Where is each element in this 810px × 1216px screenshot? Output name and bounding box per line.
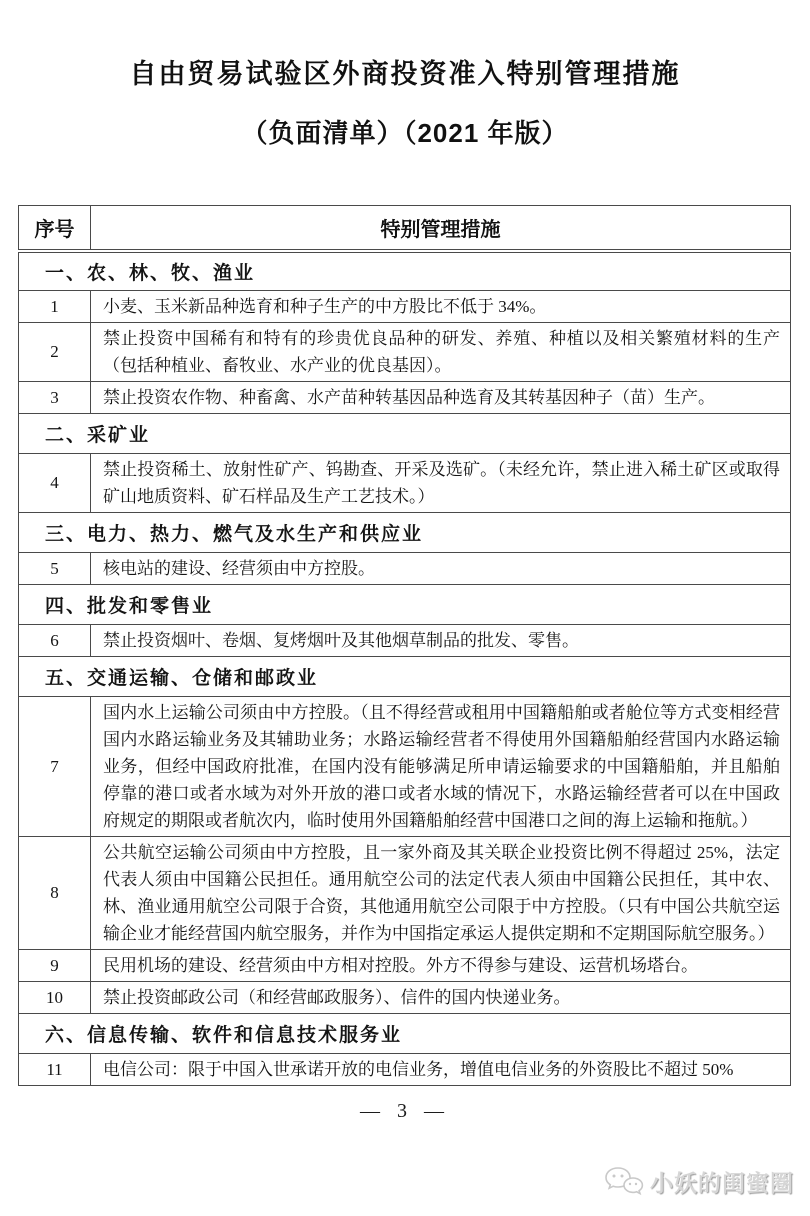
row-number-cell: 7 <box>19 697 91 837</box>
header-cell-no: 序号 <box>19 206 91 251</box>
section-title: 四、批发和零售业 <box>19 585 791 625</box>
measure-cell: 小麦、玉米新品种选育和种子生产的中方股比不低于 34%。 <box>91 291 791 323</box>
measure-cell: 禁止投资稀土、放射性矿产、钨勘查、开采及选矿。（未经允许，禁止进入稀土矿区或取得… <box>91 454 791 513</box>
table-row: 4 禁止投资稀土、放射性矿产、钨勘查、开采及选矿。（未经允许，禁止进入稀土矿区或… <box>19 454 791 513</box>
measure-cell: 公共航空运输公司须由中方控股，且一家外商及其关联企业投资比例不得超过 25%，法… <box>91 837 791 950</box>
section-row: 二、采矿业 <box>19 414 791 454</box>
row-number-cell: 4 <box>19 454 91 513</box>
section-title: 五、交通运输、仓储和邮政业 <box>19 657 791 697</box>
measure-cell: 禁止投资农作物、种畜禽、水产苗种转基因品种选育及其转基因种子（苗）生产。 <box>91 382 791 414</box>
section-title: 一、农、林、牧、渔业 <box>19 251 791 291</box>
row-number-cell: 10 <box>19 982 91 1014</box>
measure-cell: 禁止投资邮政公司（和经营邮政服务）、信件的国内快递业务。 <box>91 982 791 1014</box>
row-number-cell: 8 <box>19 837 91 950</box>
table-row: 1 小麦、玉米新品种选育和种子生产的中方股比不低于 34%。 <box>19 291 791 323</box>
watermark: 小妖的闺蜜圈 <box>604 1165 794 1198</box>
table-row: 11 电信公司：限于中国入世承诺开放的电信业务，增值电信业务的外资股比不超过 5… <box>19 1054 791 1086</box>
page-number: — 3 — <box>0 1100 810 1123</box>
wechat-bubbles-icon <box>604 1166 644 1198</box>
row-number-cell: 9 <box>19 950 91 982</box>
measure-cell: 国内水上运输公司须由中方控股。（且不得经营或租用中国籍船舶或者舱位等方式变相经营… <box>91 697 791 837</box>
section-title: 六、信息传输、软件和信息技术服务业 <box>19 1014 791 1054</box>
section-row: 六、信息传输、软件和信息技术服务业 <box>19 1014 791 1054</box>
doc-title-line2: （负面清单）（2021 年版） <box>0 91 810 150</box>
table-row: 2 禁止投资中国稀有和特有的珍贵优良品种的研发、养殖、种植以及相关繁殖材料的生产… <box>19 323 791 382</box>
section-title: 二、采矿业 <box>19 414 791 454</box>
section-title: 三、电力、热力、燃气及水生产和供应业 <box>19 513 791 553</box>
measure-cell: 电信公司：限于中国入世承诺开放的电信业务，增值电信业务的外资股比不超过 50% <box>91 1054 791 1086</box>
section-row: 五、交通运输、仓储和邮政业 <box>19 657 791 697</box>
table-row: 7 国内水上运输公司须由中方控股。（且不得经营或租用中国籍船舶或者舱位等方式变相… <box>19 697 791 837</box>
measure-cell: 民用机场的建设、经营须由中方相对控股。外方不得参与建设、运营机场塔台。 <box>91 950 791 982</box>
section-row: 四、批发和零售业 <box>19 585 791 625</box>
doc-title-line1: 自由贸易试验区外商投资准入特别管理措施 <box>0 0 810 91</box>
table-row: 10 禁止投资邮政公司（和经营邮政服务）、信件的国内快递业务。 <box>19 982 791 1014</box>
section-row: 一、农、林、牧、渔业 <box>19 251 791 291</box>
table-row: 6 禁止投资烟叶、卷烟、复烤烟叶及其他烟草制品的批发、零售。 <box>19 625 791 657</box>
table-row: 5 核电站的建设、经营须由中方控股。 <box>19 553 791 585</box>
section-row: 三、电力、热力、燃气及水生产和供应业 <box>19 513 791 553</box>
document-page: 自由贸易试验区外商投资准入特别管理措施 （负面清单）（2021 年版） 序号 特… <box>0 0 810 1216</box>
header-cell-measure: 特别管理措施 <box>91 206 791 251</box>
table-header-row: 序号 特别管理措施 <box>19 206 791 251</box>
row-number-cell: 2 <box>19 323 91 382</box>
row-number-cell: 11 <box>19 1054 91 1086</box>
row-number-cell: 1 <box>19 291 91 323</box>
measure-cell: 禁止投资烟叶、卷烟、复烤烟叶及其他烟草制品的批发、零售。 <box>91 625 791 657</box>
measures-table: 序号 特别管理措施 一、农、林、牧、渔业 1 小麦、玉米新品种选育和种子生产的中… <box>18 205 791 1086</box>
row-number-cell: 6 <box>19 625 91 657</box>
table-row: 3 禁止投资农作物、种畜禽、水产苗种转基因品种选育及其转基因种子（苗）生产。 <box>19 382 791 414</box>
row-number-cell: 5 <box>19 553 91 585</box>
table-row: 9 民用机场的建设、经营须由中方相对控股。外方不得参与建设、运营机场塔台。 <box>19 950 791 982</box>
measure-cell: 禁止投资中国稀有和特有的珍贵优良品种的研发、养殖、种植以及相关繁殖材料的生产（包… <box>91 323 791 382</box>
table-row: 8 公共航空运输公司须由中方控股，且一家外商及其关联企业投资比例不得超过 25%… <box>19 837 791 950</box>
row-number-cell: 3 <box>19 382 91 414</box>
watermark-text: 小妖的闺蜜圈 <box>650 1165 794 1198</box>
measure-cell: 核电站的建设、经营须由中方控股。 <box>91 553 791 585</box>
